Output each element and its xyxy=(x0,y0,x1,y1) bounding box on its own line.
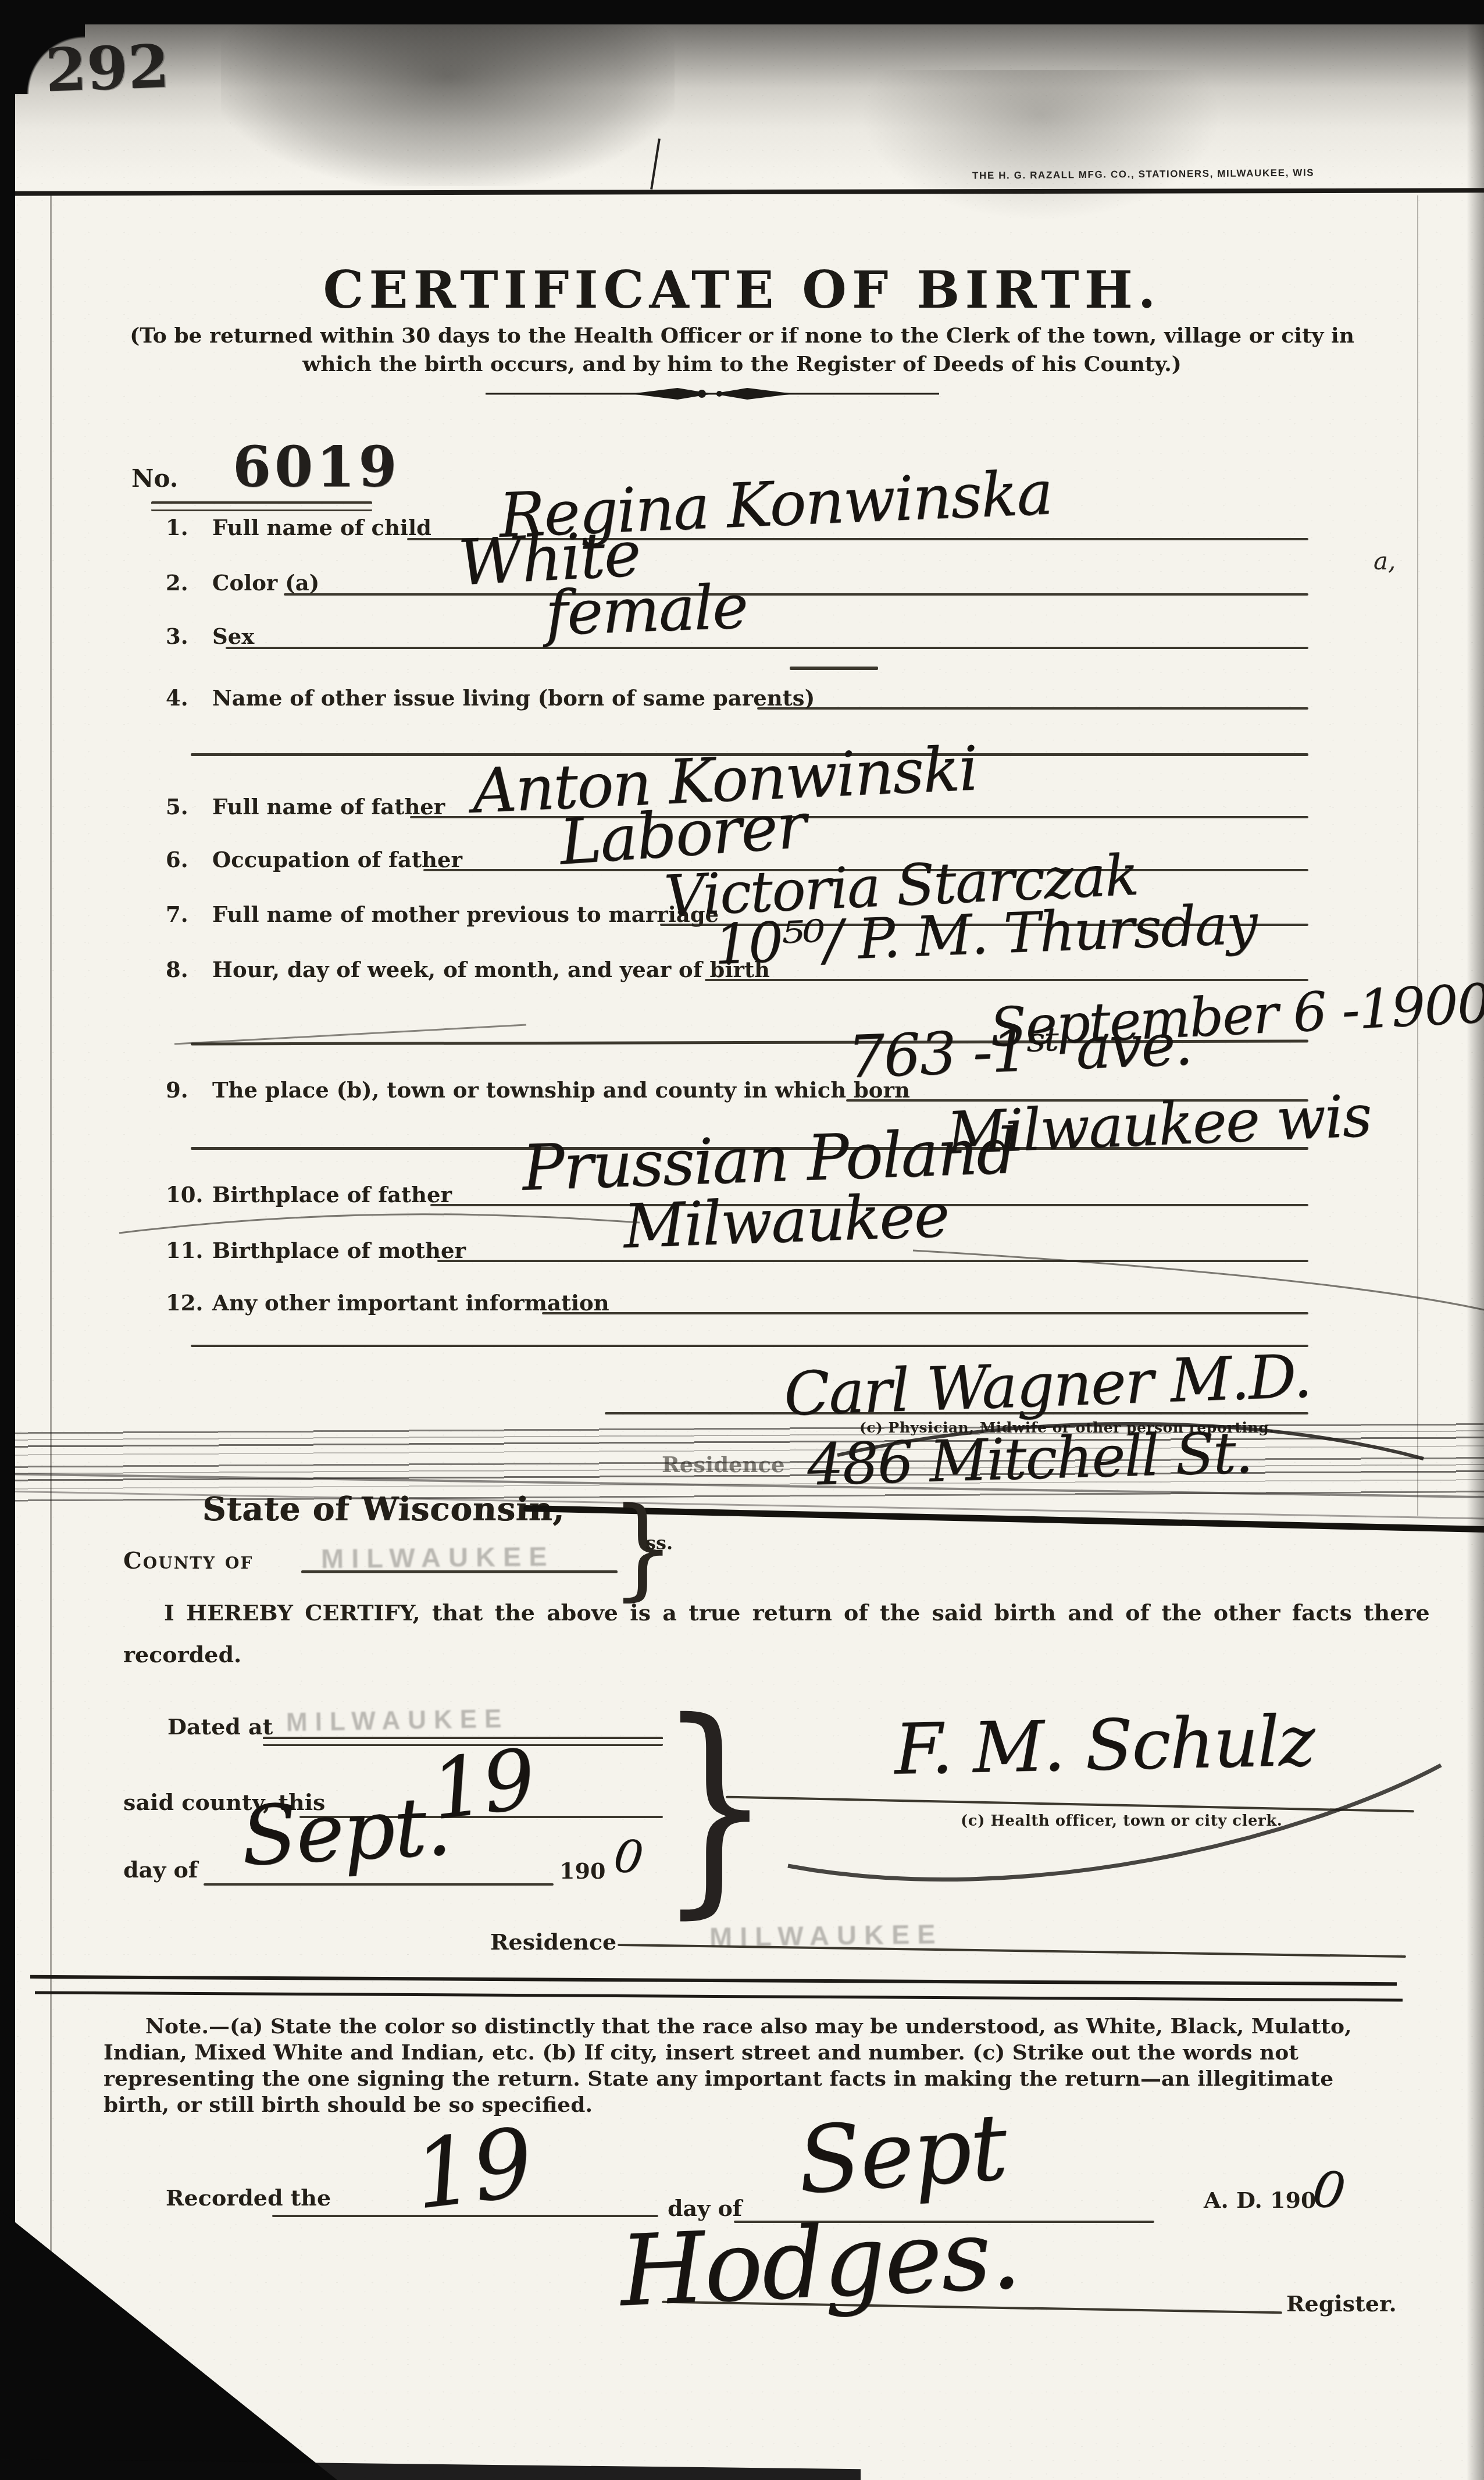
note-paragraph: Note.—(a) State the color so distinctly … xyxy=(104,2014,1342,2118)
field-row-12: 12.Any other important information xyxy=(166,1290,609,1316)
field-number: 2. xyxy=(166,570,212,596)
field-line-12 xyxy=(542,1312,1308,1314)
left-margin-line xyxy=(50,195,52,2452)
field-row-9: 9.The place (b), town or township and co… xyxy=(166,1077,910,1103)
field-number: 4. xyxy=(166,685,212,711)
field-row-4: 4.Name of other issue living (born of sa… xyxy=(166,685,815,711)
dated-at-label: Dated at xyxy=(167,1713,273,1740)
scanned-birth-certificate: 292 THE H. G. RAZALL MFG. CO., STATIONER… xyxy=(0,0,1484,2480)
field-line-11 xyxy=(437,1260,1308,1262)
recorded-day-handwritten: 19 xyxy=(408,2108,538,2230)
field-label: Sex xyxy=(212,623,254,649)
health-officer-caption: (c) Health officer, town or city clerk. xyxy=(961,1812,1282,1830)
scan-top-edge xyxy=(0,0,1484,24)
recorded-ad-label: A. D. 190 xyxy=(1204,2187,1316,2213)
county-line xyxy=(301,1570,618,1573)
residence-label-reporter: Residence xyxy=(662,1452,785,1477)
field-number: 6. xyxy=(166,847,212,872)
field-line-4 xyxy=(757,707,1308,710)
certify-text-line-1: I HEREBY CERTIFY, that the above is a tr… xyxy=(164,1599,1430,1626)
field-line-2 xyxy=(284,593,1308,596)
county-stamp: MILWAUKEE xyxy=(321,1540,555,1574)
dated-at-stamp: MILWAUKEE xyxy=(286,1705,509,1738)
field-label: Full name of mother previous to marriage xyxy=(212,902,719,927)
field-row-10: 10.Birthplace of father xyxy=(166,1182,452,1207)
field-line-8 xyxy=(705,979,1308,981)
county-label: County of xyxy=(123,1547,253,1574)
month-value-handwritten: Sept. xyxy=(239,1779,452,1885)
no-label: No. xyxy=(131,464,178,493)
field-row-11: 11.Birthplace of mother xyxy=(166,1238,466,1263)
field-label: Any other important information xyxy=(212,1290,609,1316)
field-label: The place (b), town or township and coun… xyxy=(212,1077,910,1103)
recorded-month-handwritten: Sept xyxy=(794,2094,1009,2215)
note-line-2: Indian, Mixed White and Indian, etc. (b)… xyxy=(104,2040,1342,2066)
field-label: Name of other issue living (born of same… xyxy=(212,685,815,711)
note-line-3: representing the one signing the return.… xyxy=(104,2066,1342,2092)
field-number: 5. xyxy=(166,794,212,819)
scan-corner-curve xyxy=(15,24,85,94)
year-printed: 190 xyxy=(559,1858,605,1884)
day-of-label: day of xyxy=(123,1857,198,1883)
field-value-9: 763 -1ˢᵗ ave. xyxy=(847,1010,1193,1092)
scan-left-edge xyxy=(0,0,15,2480)
health-officer-signature: F. M. Schulz xyxy=(894,1701,1315,1790)
field-label: Color (a) xyxy=(212,570,319,596)
field-label: Hour, day of week, of month, and year of… xyxy=(212,957,770,982)
recorded-label: Recorded the xyxy=(166,2185,331,2211)
field-row-3: 3.Sex xyxy=(166,623,254,649)
stray-ink-mark: a, xyxy=(1374,547,1396,575)
certificate-number: 6019 xyxy=(233,435,400,500)
note-line-4: birth, or still birth should be so speci… xyxy=(104,2092,1342,2118)
field-row-6: 6.Occupation of father xyxy=(166,847,462,872)
field-label: Birthplace of mother xyxy=(212,1238,466,1263)
ss-abbreviation: ss. xyxy=(645,1532,673,1554)
field-number: 1. xyxy=(166,515,212,540)
note-line-1: Note.—(a) State the color so distinctly … xyxy=(104,2014,1342,2040)
field-row-2: 2.Color (a) xyxy=(166,570,319,596)
field-number: 9. xyxy=(166,1077,212,1103)
short-mark-line xyxy=(790,667,878,670)
field-row-1: 1.Full name of child xyxy=(166,515,431,540)
field-line-3 xyxy=(226,647,1308,649)
subtitle-line-2: which the birth occurs, and by him to th… xyxy=(0,352,1484,376)
residence-value-reporter: 486 Mitchell St. xyxy=(807,1420,1253,1498)
field-label: Full name of child xyxy=(212,515,431,540)
field-number: 3. xyxy=(166,623,212,649)
field-value-3: female xyxy=(544,571,748,649)
dated-block-brace: } xyxy=(658,1673,772,1939)
no-underline xyxy=(151,501,372,511)
field-number: 11. xyxy=(166,1238,212,1263)
field-number: 8. xyxy=(166,957,212,982)
field-number: 12. xyxy=(166,1290,212,1316)
field-label: Occupation of father xyxy=(212,847,462,872)
divider-ornament xyxy=(486,381,939,407)
subtitle-line-1: (To be returned within 30 days to the He… xyxy=(0,323,1484,348)
field-number: 7. xyxy=(166,902,212,927)
register-label: Register. xyxy=(1286,2290,1397,2317)
field-label: Full name of father xyxy=(212,794,445,819)
field-row-7: 7.Full name of mother previous to marria… xyxy=(166,902,719,927)
certify-text-line-2: recorded. xyxy=(123,1641,241,1667)
right-margin-line xyxy=(1417,195,1418,1516)
field-row-8: 8.Hour, day of week, of month, and year … xyxy=(166,957,770,982)
register-signature: Hodges. xyxy=(618,2197,1022,2329)
residence-label-officer: Residence xyxy=(490,1929,616,1955)
state-heading: State of Wisconsin, xyxy=(202,1490,566,1528)
field-number: 10. xyxy=(166,1182,212,1207)
field-value-11: Milwaukee xyxy=(622,1180,950,1262)
document-title: CERTIFICATE OF BIRTH. xyxy=(0,259,1484,320)
field-row-5: 5.Full name of father xyxy=(166,794,445,819)
field-label: Birthplace of father xyxy=(212,1182,452,1207)
